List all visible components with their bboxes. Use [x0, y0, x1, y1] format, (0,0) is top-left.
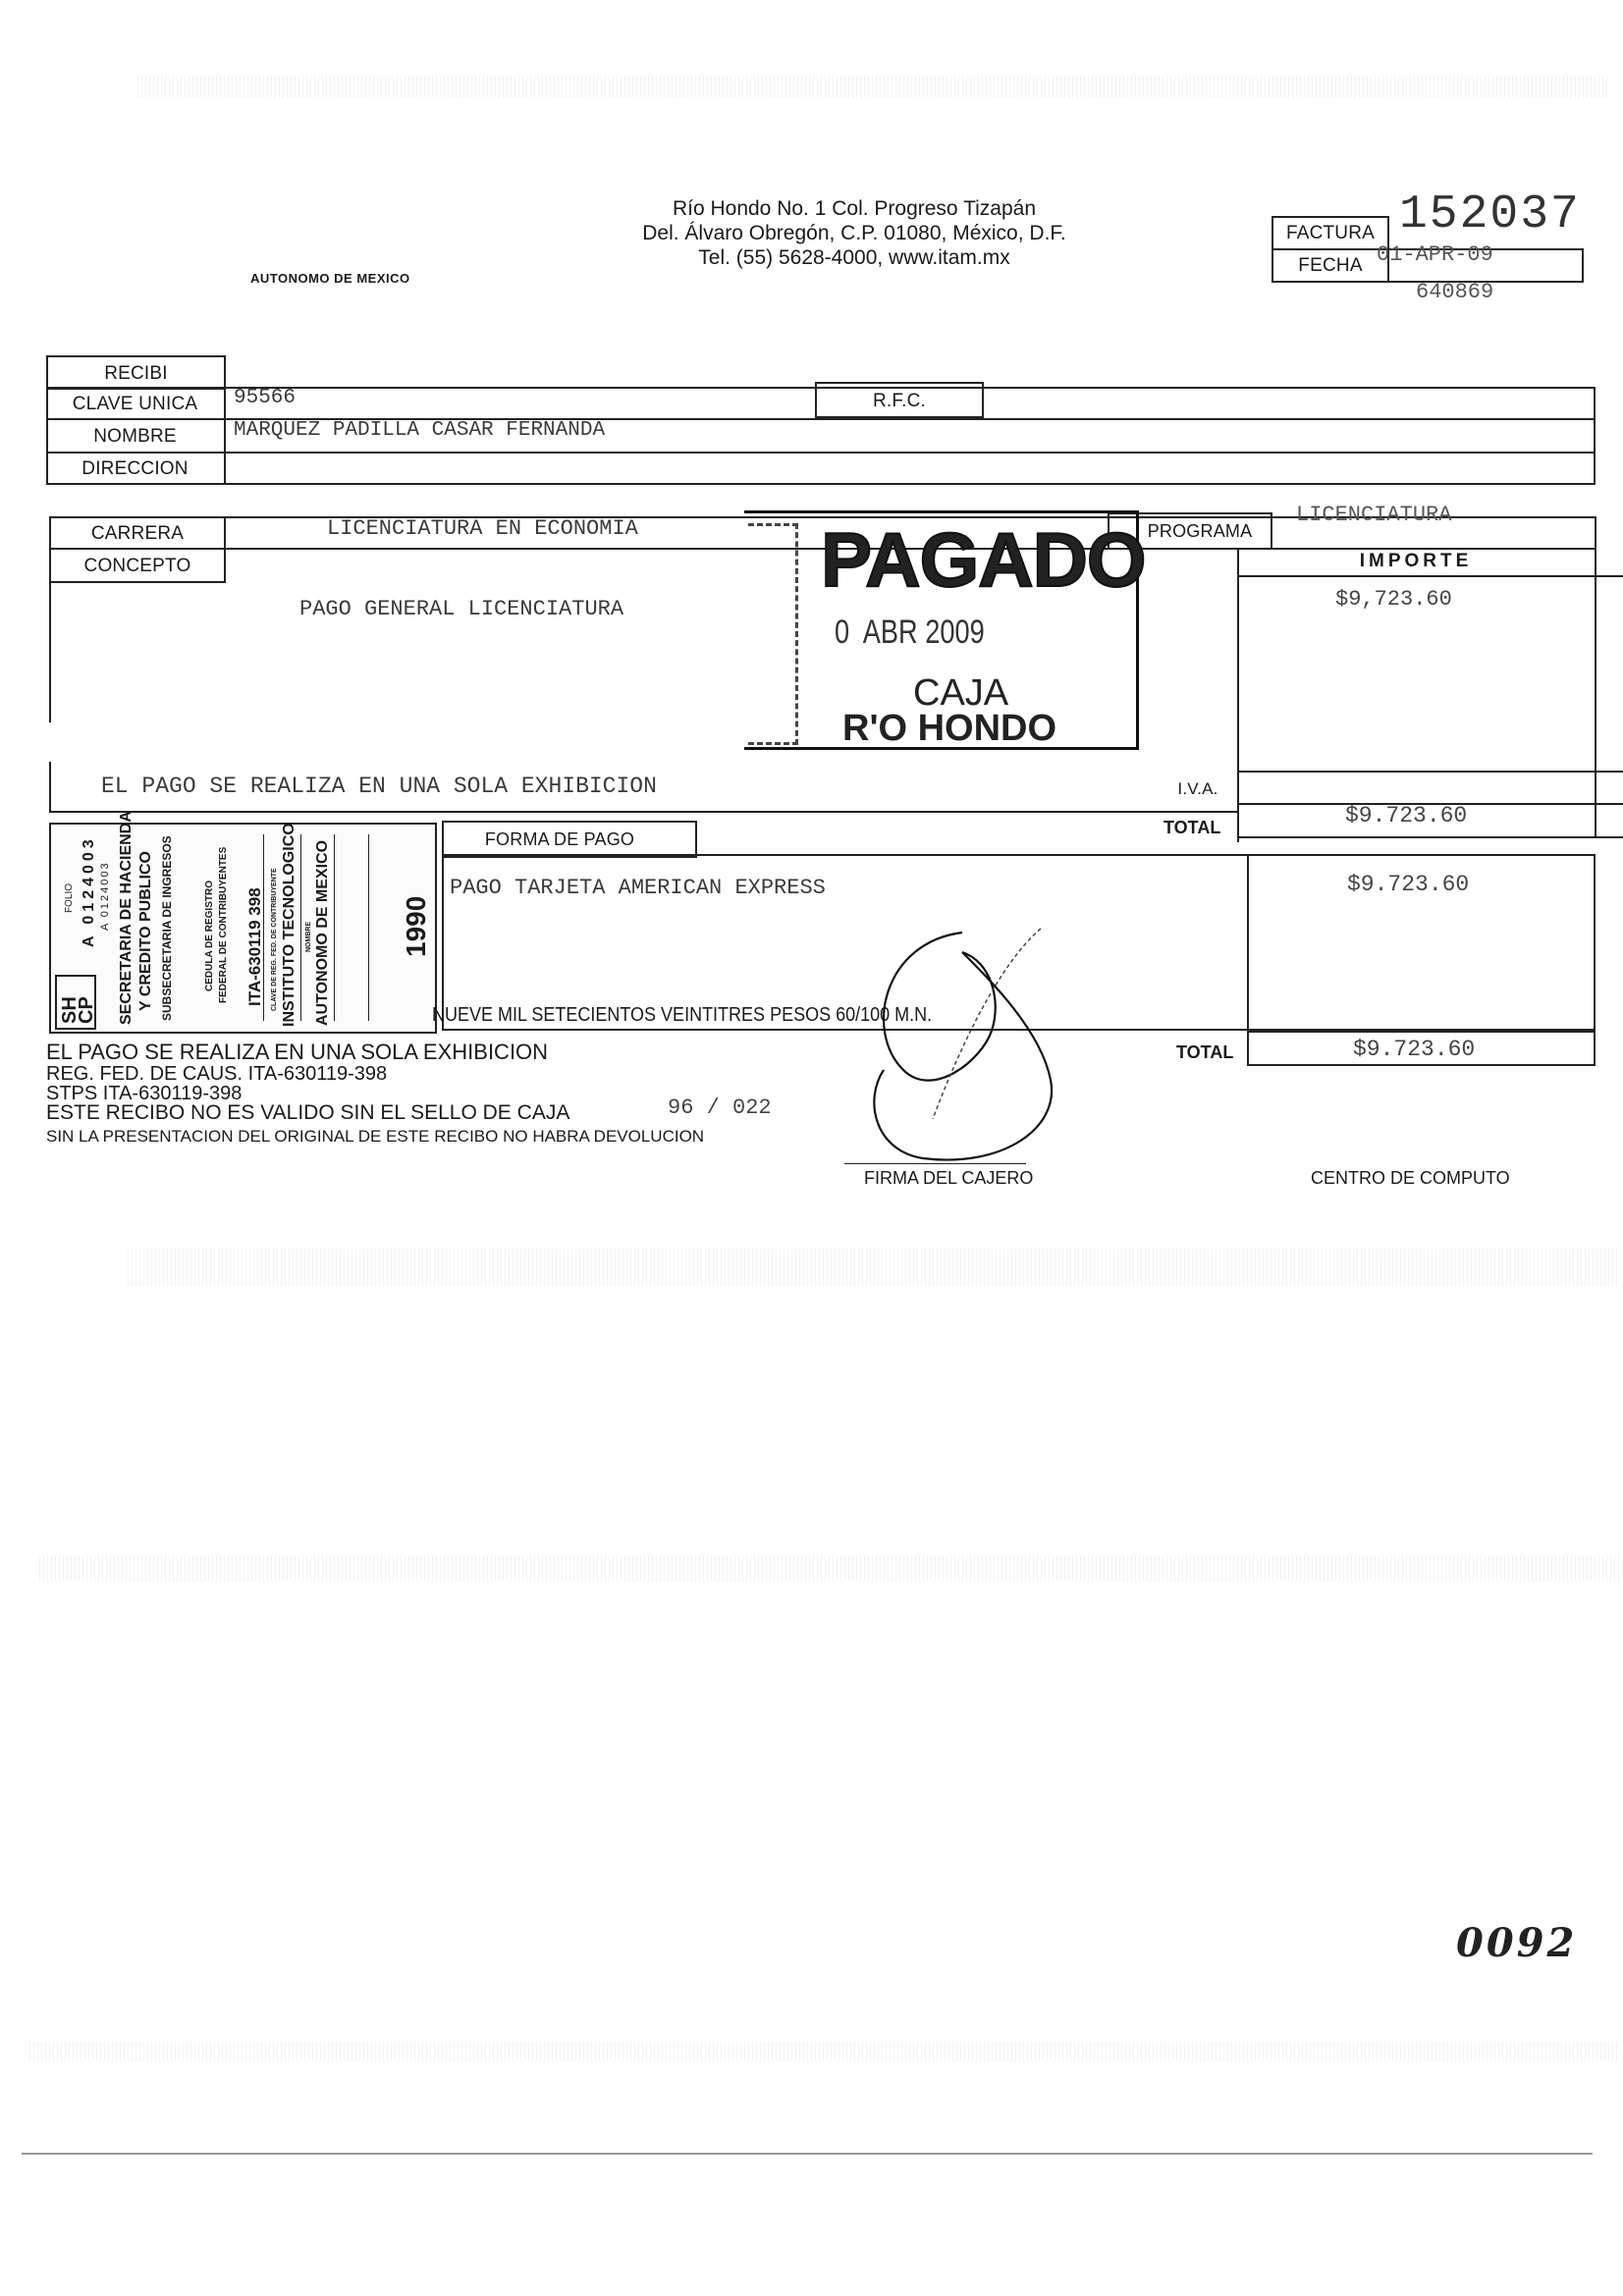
- shcp-cedula-line1: CEDULA DE REGISTRO: [204, 881, 215, 991]
- shcp-logo: SH CP: [55, 975, 96, 1030]
- iva-top-divider: [1237, 771, 1623, 773]
- shcp-subsecretaria: SUBSECRETARIA DE INGRESOS: [160, 835, 174, 1021]
- clave-unica-label: CLAVE UNICA: [46, 394, 224, 415]
- centro-label: CENTRO DE COMPUTO: [1311, 1168, 1510, 1189]
- address-line-3: Tel. (55) 5628-4000, www.itam.mx: [550, 245, 1159, 270]
- forma-de-pago-amount: $9.723.60: [1347, 872, 1469, 897]
- shcp-logo-cp: CP: [76, 996, 98, 1024]
- shcp-secretaria-line2: Y CREDITO PUBLICO: [137, 851, 155, 1011]
- iva-label: I.V.A.: [1163, 779, 1232, 799]
- nombre-value: MARQUEZ PADILLA CASAR FERNANDA: [234, 419, 605, 442]
- payment-total-value: $9.723.60: [1353, 1037, 1475, 1062]
- fecha-value: 01-APR-09: [1377, 242, 1493, 267]
- shcp-rfc-value: ITA-630119 398: [245, 887, 265, 1006]
- rfc-label: R.F.C.: [815, 391, 984, 412]
- reference-number: 640869: [1416, 280, 1493, 304]
- nombre-label: NOMBRE: [46, 426, 224, 448]
- scan-artifact-middle: [128, 1249, 1620, 1286]
- footer-line-4: ESTE RECIBO NO ES VALIDO SIN EL SELLO DE…: [46, 1103, 704, 1123]
- shcp-divider-4: [368, 834, 369, 1021]
- concept-table-right: [1595, 516, 1596, 838]
- shcp-folio-label: FOLIO: [64, 883, 75, 913]
- carrera-value: LICENCIATURA EN ECONOMIA: [327, 516, 638, 541]
- footer-line-1: EL PAGO SE REALIZA EN UNA SOLA EXHIBICIO…: [46, 1041, 704, 1064]
- shcp-divider-3: [334, 834, 335, 1021]
- programa-label: PROGRAMA: [1127, 521, 1272, 542]
- concept-total-bottom: [1237, 836, 1623, 838]
- scan-artifact-top: [137, 77, 1610, 98]
- factura-number: 152037: [1399, 188, 1581, 241]
- recipient-label-divider: [224, 387, 226, 485]
- concept-total-label: TOTAL: [1163, 818, 1220, 838]
- firma-label: FIRMA DEL CAJERO: [864, 1168, 1033, 1189]
- shcp-nombre-line2: AUTONOMO DE MEXICO: [314, 840, 332, 1026]
- direccion-label: DIRECCION: [46, 458, 224, 480]
- fecha-label: FECHA: [1273, 255, 1387, 277]
- cashier-signature: [844, 923, 1198, 1178]
- shcp-secretaria-line1: SECRETARIA DE HACIENDA: [118, 811, 135, 1025]
- importe-label: IMPORTE: [1237, 551, 1595, 572]
- address-block: Río Hondo No. 1 Col. Progreso Tizapán De…: [550, 196, 1159, 270]
- programa-divider: [1271, 512, 1272, 550]
- factura-label: FACTURA: [1273, 223, 1387, 244]
- footer-line-2: REG. FED. DE CAUS. ITA-630119-398: [46, 1064, 704, 1084]
- page-bottom-rule: [22, 2153, 1593, 2155]
- shcp-clave-label: CLAVE DE REG. FED. DE CONTRIBUYENTE: [271, 868, 278, 1011]
- clave-unica-value: 95566: [234, 387, 296, 409]
- scan-artifact-bottom: [29, 2042, 1620, 2061]
- shcp-year: 1990: [401, 896, 432, 957]
- paid-stamp-date: 0 ABR 2009: [835, 614, 985, 652]
- paid-stamp-line2: R'O HONDO: [842, 708, 1056, 750]
- carrera-label: CARRERA: [49, 523, 226, 545]
- paid-stamp: PAGADO 0 ABR 2009 CAJA R'O HONDO: [744, 510, 1139, 750]
- recipient-row-divider-2: [46, 452, 1596, 454]
- footer-line-5: SIN LA PRESENTACION DEL ORIGINAL DE ESTE…: [46, 1127, 704, 1147]
- concept-total-value: $9.723.60: [1345, 803, 1467, 828]
- paid-stamp-bracket-marks: [748, 523, 798, 745]
- recibi-label: RECIBI: [46, 363, 226, 385]
- shcp-nombre-line1: INSTITUTO TECNOLOGICO: [281, 823, 298, 1027]
- paid-stamp-title: PAGADO: [821, 515, 1146, 605]
- importe-value: $9,723.60: [1335, 587, 1452, 612]
- programa-value: LICENCIATURA: [1296, 503, 1451, 527]
- concept-note: EL PAGO SE REALIZA EN UNA SOLA EXHIBICIO…: [101, 774, 657, 799]
- address-line-1: Río Hondo No. 1 Col. Progreso Tizapán: [550, 196, 1159, 221]
- payment-amount-divider: [1247, 854, 1249, 1060]
- footer-notes: EL PAGO SE REALIZA EN UNA SOLA EXHIBICIO…: [46, 1041, 704, 1147]
- shcp-cedula-line2: FEDERAL DE CONTRIBUYENTES: [218, 847, 229, 1003]
- shcp-nombre-label: NOMBRE: [305, 922, 312, 952]
- address-line-2: Del. Álvaro Obregón, C.P. 01080, México,…: [550, 221, 1159, 245]
- importe-column-left: [1237, 548, 1239, 842]
- shcp-folio-value: A 0124003: [81, 835, 98, 947]
- batch-code: 96 / 022: [668, 1095, 772, 1120]
- page-number: 0092: [1456, 1920, 1577, 1966]
- forma-de-pago-label: FORMA DE PAGO: [442, 829, 677, 850]
- importe-header-divider: [1237, 575, 1623, 577]
- concept-note-divider: [49, 811, 1237, 813]
- concepto-label: CONCEPTO: [49, 556, 226, 577]
- institution-name-fragment: AUTONOMO DE MEXICO: [250, 271, 410, 286]
- scan-artifact-lower: [39, 1556, 1620, 1581]
- concepto-value: PAGO GENERAL LICENCIATURA: [299, 597, 623, 621]
- footer-line-3: STPS ITA-630119-398: [46, 1084, 704, 1103]
- shcp-folio-value-small: A 0124003: [99, 861, 111, 931]
- firma-line: [844, 1163, 1026, 1164]
- shcp-divider-2: [300, 834, 301, 1021]
- concept-table-left-lower: [49, 762, 51, 813]
- forma-de-pago-value: PAGO TARJETA AMERICAN EXPRESS: [450, 876, 826, 900]
